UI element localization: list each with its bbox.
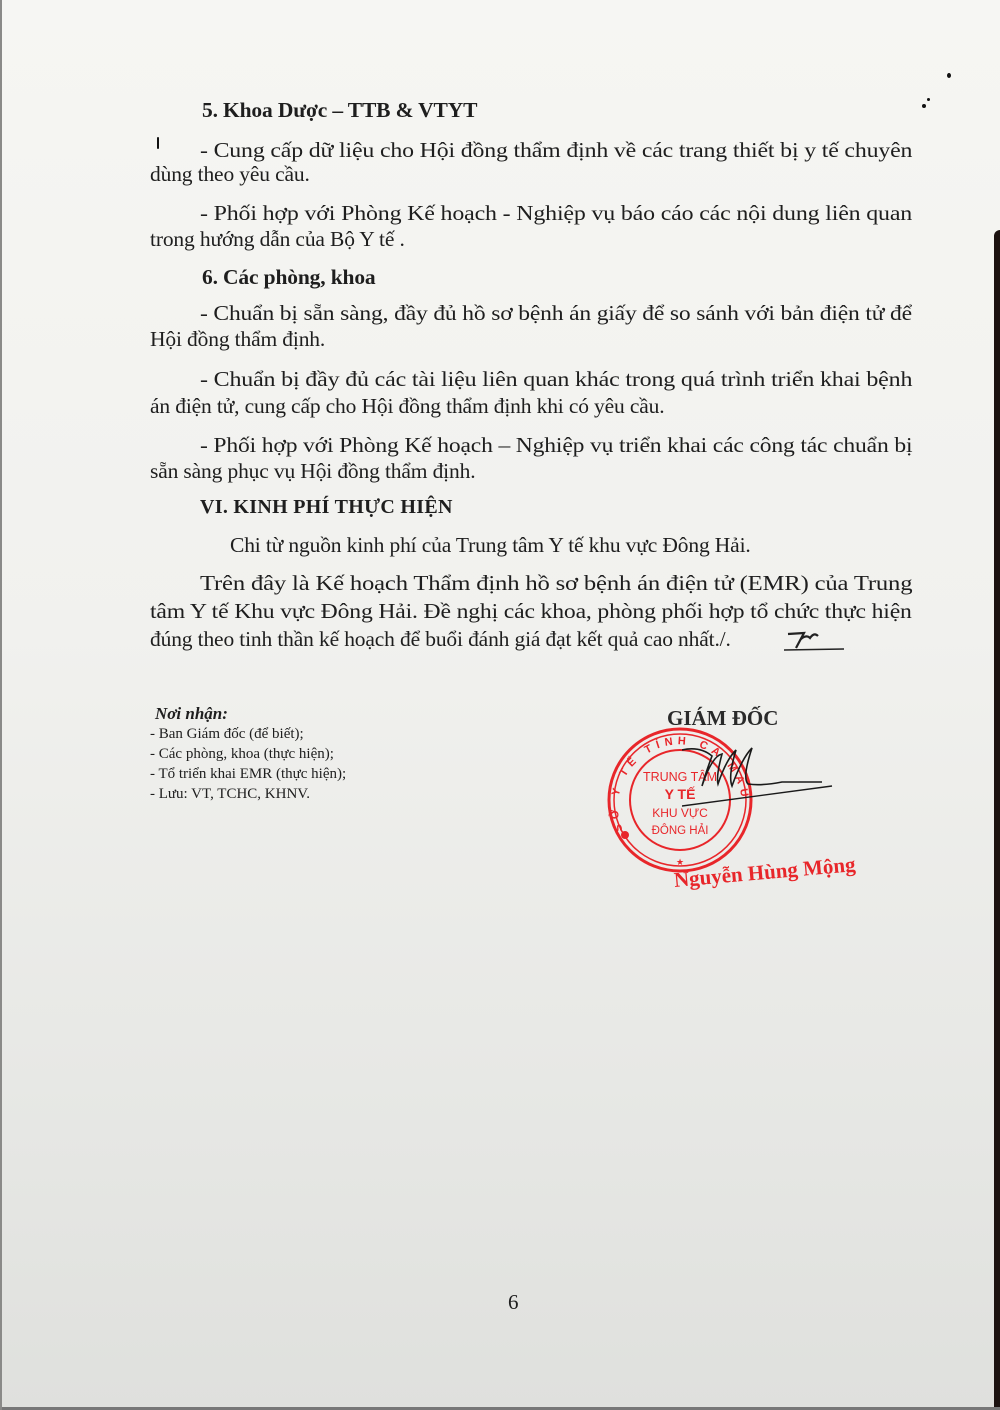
section-6-para3-line2: sẵn sàng phục vụ Hội đồng thẩm định. xyxy=(150,458,475,484)
section-5-para1-line2: dùng theo yêu cầu. xyxy=(150,161,310,187)
section-6-heading: 6. Các phòng, khoa xyxy=(202,264,376,290)
closing-line1: Trên đây là Kế hoạch Thẩm định hồ sơ bện… xyxy=(200,570,912,596)
section-6-para3-line1: - Phối hợp với Phòng Kế hoạch – Nghiệp v… xyxy=(200,432,912,458)
section-6-para1-line2: Hội đồng thẩm định. xyxy=(150,326,325,352)
section-6-para1-line1: - Chuẩn bị sẵn sàng, đầy đủ hồ sơ bệnh á… xyxy=(200,300,912,326)
recipient-item: - Lưu: VT, TCHC, KHNV. xyxy=(150,784,310,804)
section-vi-para1: Chi từ nguồn kinh phí của Trung tâm Y tế… xyxy=(230,532,751,558)
section-5-heading: 5. Khoa Dược – TTB & VTYT xyxy=(202,97,477,123)
closing-line3: đúng theo tinh thần kế hoạch để buổi đán… xyxy=(150,626,731,652)
handwritten-signature xyxy=(682,742,902,812)
recipient-item: - Tổ triển khai EMR (thực hiện); xyxy=(150,764,346,784)
initials-mark xyxy=(782,626,846,654)
recipient-item: - Các phòng, khoa (thực hiện); xyxy=(150,744,334,764)
recipients-title: Nơi nhận: xyxy=(155,704,228,724)
closing-line2: tâm Y tế Khu vực Đông Hải. Đề nghị các k… xyxy=(150,598,912,624)
scan-speck xyxy=(947,73,951,78)
stamp-line4: ĐÔNG HẢI xyxy=(652,824,709,837)
section-6-para2-line1: - Chuẩn bị đầy đủ các tài liệu liên quan… xyxy=(200,366,912,392)
document-page: 5. Khoa Dược – TTB & VTYT - Cung cấp dữ … xyxy=(0,0,1000,1410)
recipient-item: - Ban Giám đốc (để biết); xyxy=(150,724,304,744)
stamp-star-icon: ★ xyxy=(676,857,684,867)
scan-speck xyxy=(157,137,159,149)
scan-edge xyxy=(994,230,1000,1410)
scan-speck xyxy=(927,98,930,101)
section-5-para2-line1: - Phối hợp với Phòng Kế hoạch - Nghiệp v… xyxy=(200,200,912,226)
scan-speck xyxy=(922,104,926,108)
section-vi-heading: VI. KINH PHÍ THỰC HIỆN xyxy=(200,494,453,520)
page-number: 6 xyxy=(508,1290,519,1315)
section-5-para2-line2: trong hướng dẫn của Bộ Y tế . xyxy=(150,226,405,252)
section-6-para2-line2: án điện tử, cung cấp cho Hội đồng thẩm đ… xyxy=(150,393,665,419)
section-5-para1-line1: - Cung cấp dữ liệu cho Hội đồng thẩm địn… xyxy=(200,137,912,163)
